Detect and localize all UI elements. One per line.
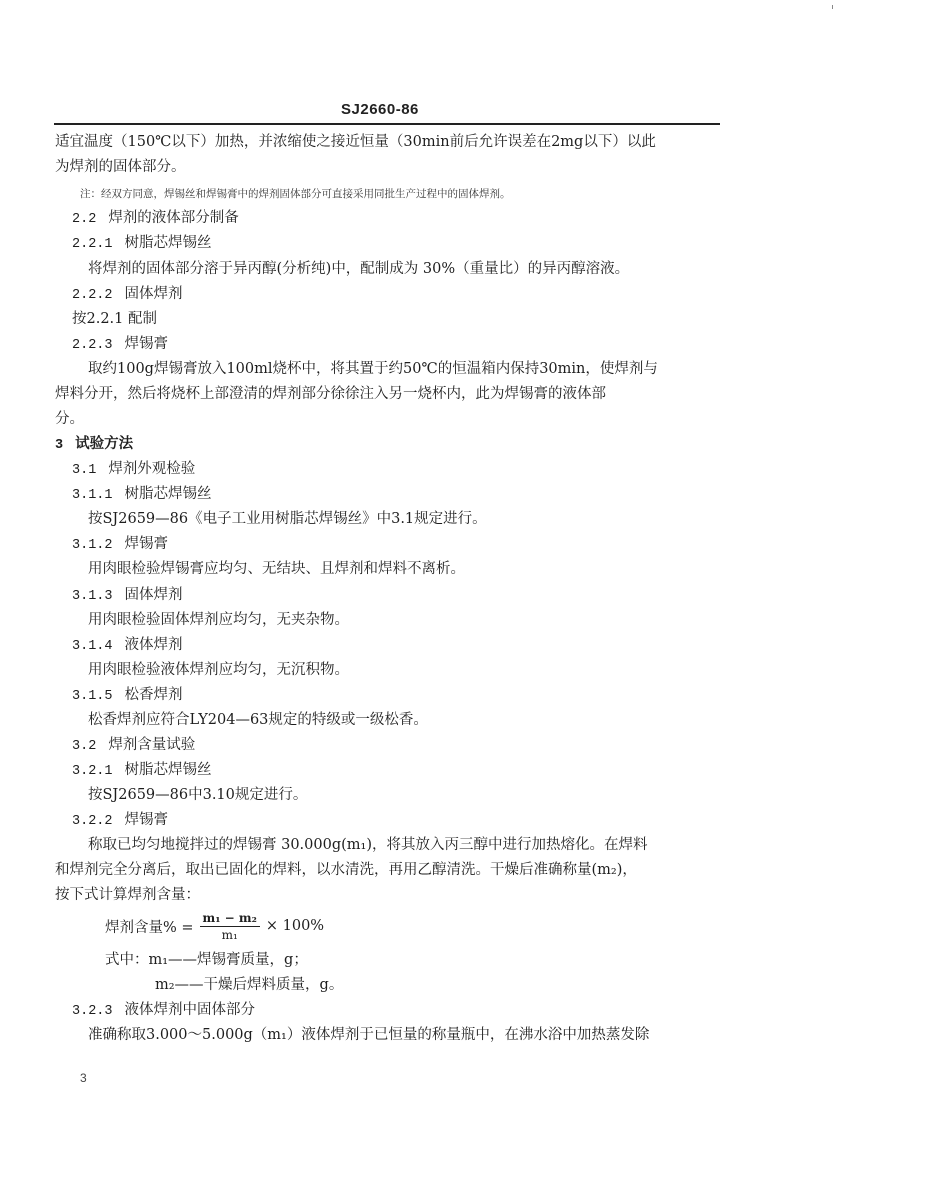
section-text: 准确称取3.000～5.000g（m₁）液体焊剂于已恒量的称量瓶中，在沸水浴中加… [88, 1025, 649, 1045]
formula-where-m1: 式中：m₁——焊锡膏质量，g； [105, 950, 308, 970]
section-number: 3.1.4 [72, 637, 113, 657]
section-number: 3.1.5 [72, 687, 113, 707]
document-page: SJ2660-86 适宜温度（150℃以下）加热，并浓缩使之接近恒量（30min… [0, 0, 950, 1195]
section-title: 焊锡膏 [125, 536, 169, 552]
section-title: 液体焊剂中固体部分 [125, 1002, 256, 1018]
section-text: 和焊剂完全分离后，取出已固化的焊料，以水清洗，再用乙醇清洗。干燥后准确称量(m₂… [55, 860, 637, 880]
section-number: 3.1.3 [72, 587, 113, 607]
formula-lhs: 焊剂含量% = [105, 916, 194, 937]
section-title: 树脂芯焊锡丝 [125, 235, 212, 251]
formula-denominator: m₁ [222, 927, 238, 943]
section-title: 树脂芯焊锡丝 [125, 762, 212, 778]
section-number: 3.1.2 [72, 536, 113, 556]
section-heading-2-2-2: 2.2.2固体焊剂 [72, 284, 183, 306]
section-number: 2.2 [72, 210, 96, 230]
section-heading-3-1-5: 3.1.5松香焊剂 [72, 685, 183, 707]
section-text: 称取已均匀地搅拌过的焊锡膏 30.000g(m₁)，将其放入丙三醇中进行加热熔化… [88, 835, 648, 855]
section-text: 松香焊剂应符合LY204—63规定的特级或一级松香。 [88, 710, 428, 730]
section-number: 3.2.1 [72, 762, 113, 782]
section-heading-3-1-2: 3.1.2焊锡膏 [72, 534, 168, 556]
section-number: 3.2.3 [72, 1002, 113, 1022]
scan-mark [832, 5, 833, 9]
section-title: 液体焊剂 [125, 637, 183, 653]
section-heading-3-1: 3.1焊剂外观检验 [72, 459, 195, 481]
paragraph-continuation: 适宜温度（150℃以下）加热，并浓缩使之接近恒量（30min前后允许误差在2mg… [55, 132, 656, 152]
section-text: 用肉眼检验焊锡膏应均匀、无结块、且焊剂和焊料不离析。 [88, 559, 465, 579]
paragraph-continuation: 为焊剂的固体部分。 [55, 157, 186, 177]
section-title: 树脂芯焊锡丝 [125, 486, 212, 502]
section-title: 固体焊剂 [125, 286, 183, 302]
section-text: 按SJ2659—86中3.10规定进行。 [88, 785, 307, 805]
section-number: 3.1.1 [72, 486, 113, 506]
header-rule [54, 123, 720, 125]
section-text: 按SJ2659—86《电子工业用树脂芯焊锡丝》中3.1规定进行。 [88, 509, 487, 529]
section-text: 用肉眼检验液体焊剂应均匀，无沉积物。 [88, 660, 349, 680]
section-title: 焊剂含量试验 [108, 737, 195, 753]
section-text: 按2.2.1 配制 [72, 309, 157, 329]
section-heading-3: 3试验方法 [55, 434, 133, 456]
section-number: 3 [55, 436, 63, 456]
section-number: 2.2.1 [72, 235, 113, 255]
section-text: 取约100g焊锡膏放入100ml烧杯中，将其置于约50℃的恒温箱内保持30min… [88, 359, 658, 379]
standard-code-header: SJ2660-86 [341, 101, 419, 118]
section-title: 试验方法 [75, 435, 133, 452]
note-text: 注：经双方同意，焊锡丝和焊锡膏中的焊剂固体部分可直接采用同批生产过程中的固体焊剂… [80, 184, 511, 204]
section-heading-2-2: 2.2焊剂的液体部分制备 [72, 208, 239, 230]
section-number: 2.2.3 [72, 336, 113, 356]
section-text: 按下式计算焊剂含量： [55, 885, 200, 905]
section-title: 松香焊剂 [125, 687, 183, 703]
section-heading-2-2-3: 2.2.3焊锡膏 [72, 334, 168, 356]
section-heading-3-1-4: 3.1.4液体焊剂 [72, 635, 183, 657]
formula-fraction: m₁ − m₂ m₁ [200, 910, 260, 943]
page-number: 3 [80, 1071, 87, 1085]
section-title: 焊锡膏 [125, 336, 169, 352]
section-heading-3-2-1: 3.2.1树脂芯焊锡丝 [72, 760, 212, 782]
section-number: 2.2.2 [72, 286, 113, 306]
section-heading-3-2: 3.2焊剂含量试验 [72, 735, 195, 757]
section-heading-3-2-3: 3.2.3液体焊剂中固体部分 [72, 1000, 255, 1022]
section-text: 分。 [55, 409, 84, 429]
section-text: 用肉眼检验固体焊剂应均匀，无夹杂物。 [88, 610, 349, 630]
formula-rhs: × 100% [266, 918, 324, 934]
section-heading-3-2-2: 3.2.2焊锡膏 [72, 810, 168, 832]
formula-where-m2: m₂——干燥后焊料质量，g。 [155, 975, 343, 995]
section-number: 3.1 [72, 461, 96, 481]
section-heading-3-1-1: 3.1.1树脂芯焊锡丝 [72, 484, 212, 506]
section-heading-2-2-1: 2.2.1树脂芯焊锡丝 [72, 233, 212, 255]
section-number: 3.2 [72, 737, 96, 757]
section-text: 将焊剂的固体部分溶于异丙醇(分析纯)中，配制成为 30%（重量比）的异丙醇溶液。 [88, 259, 629, 279]
section-title: 焊剂的液体部分制备 [108, 210, 239, 226]
formula-numerator: m₁ − m₂ [200, 910, 260, 927]
section-title: 固体焊剂 [125, 587, 183, 603]
section-title: 焊剂外观检验 [108, 461, 195, 477]
section-number: 3.2.2 [72, 812, 113, 832]
section-title: 焊锡膏 [125, 812, 169, 828]
flux-content-formula: 焊剂含量% = m₁ − m₂ m₁ × 100% [105, 906, 324, 946]
section-heading-3-1-3: 3.1.3固体焊剂 [72, 585, 183, 607]
section-text: 焊料分开，然后将烧杯上部澄清的焊剂部分徐徐注入另一烧杯内，此为焊锡膏的液体部 [55, 384, 606, 404]
